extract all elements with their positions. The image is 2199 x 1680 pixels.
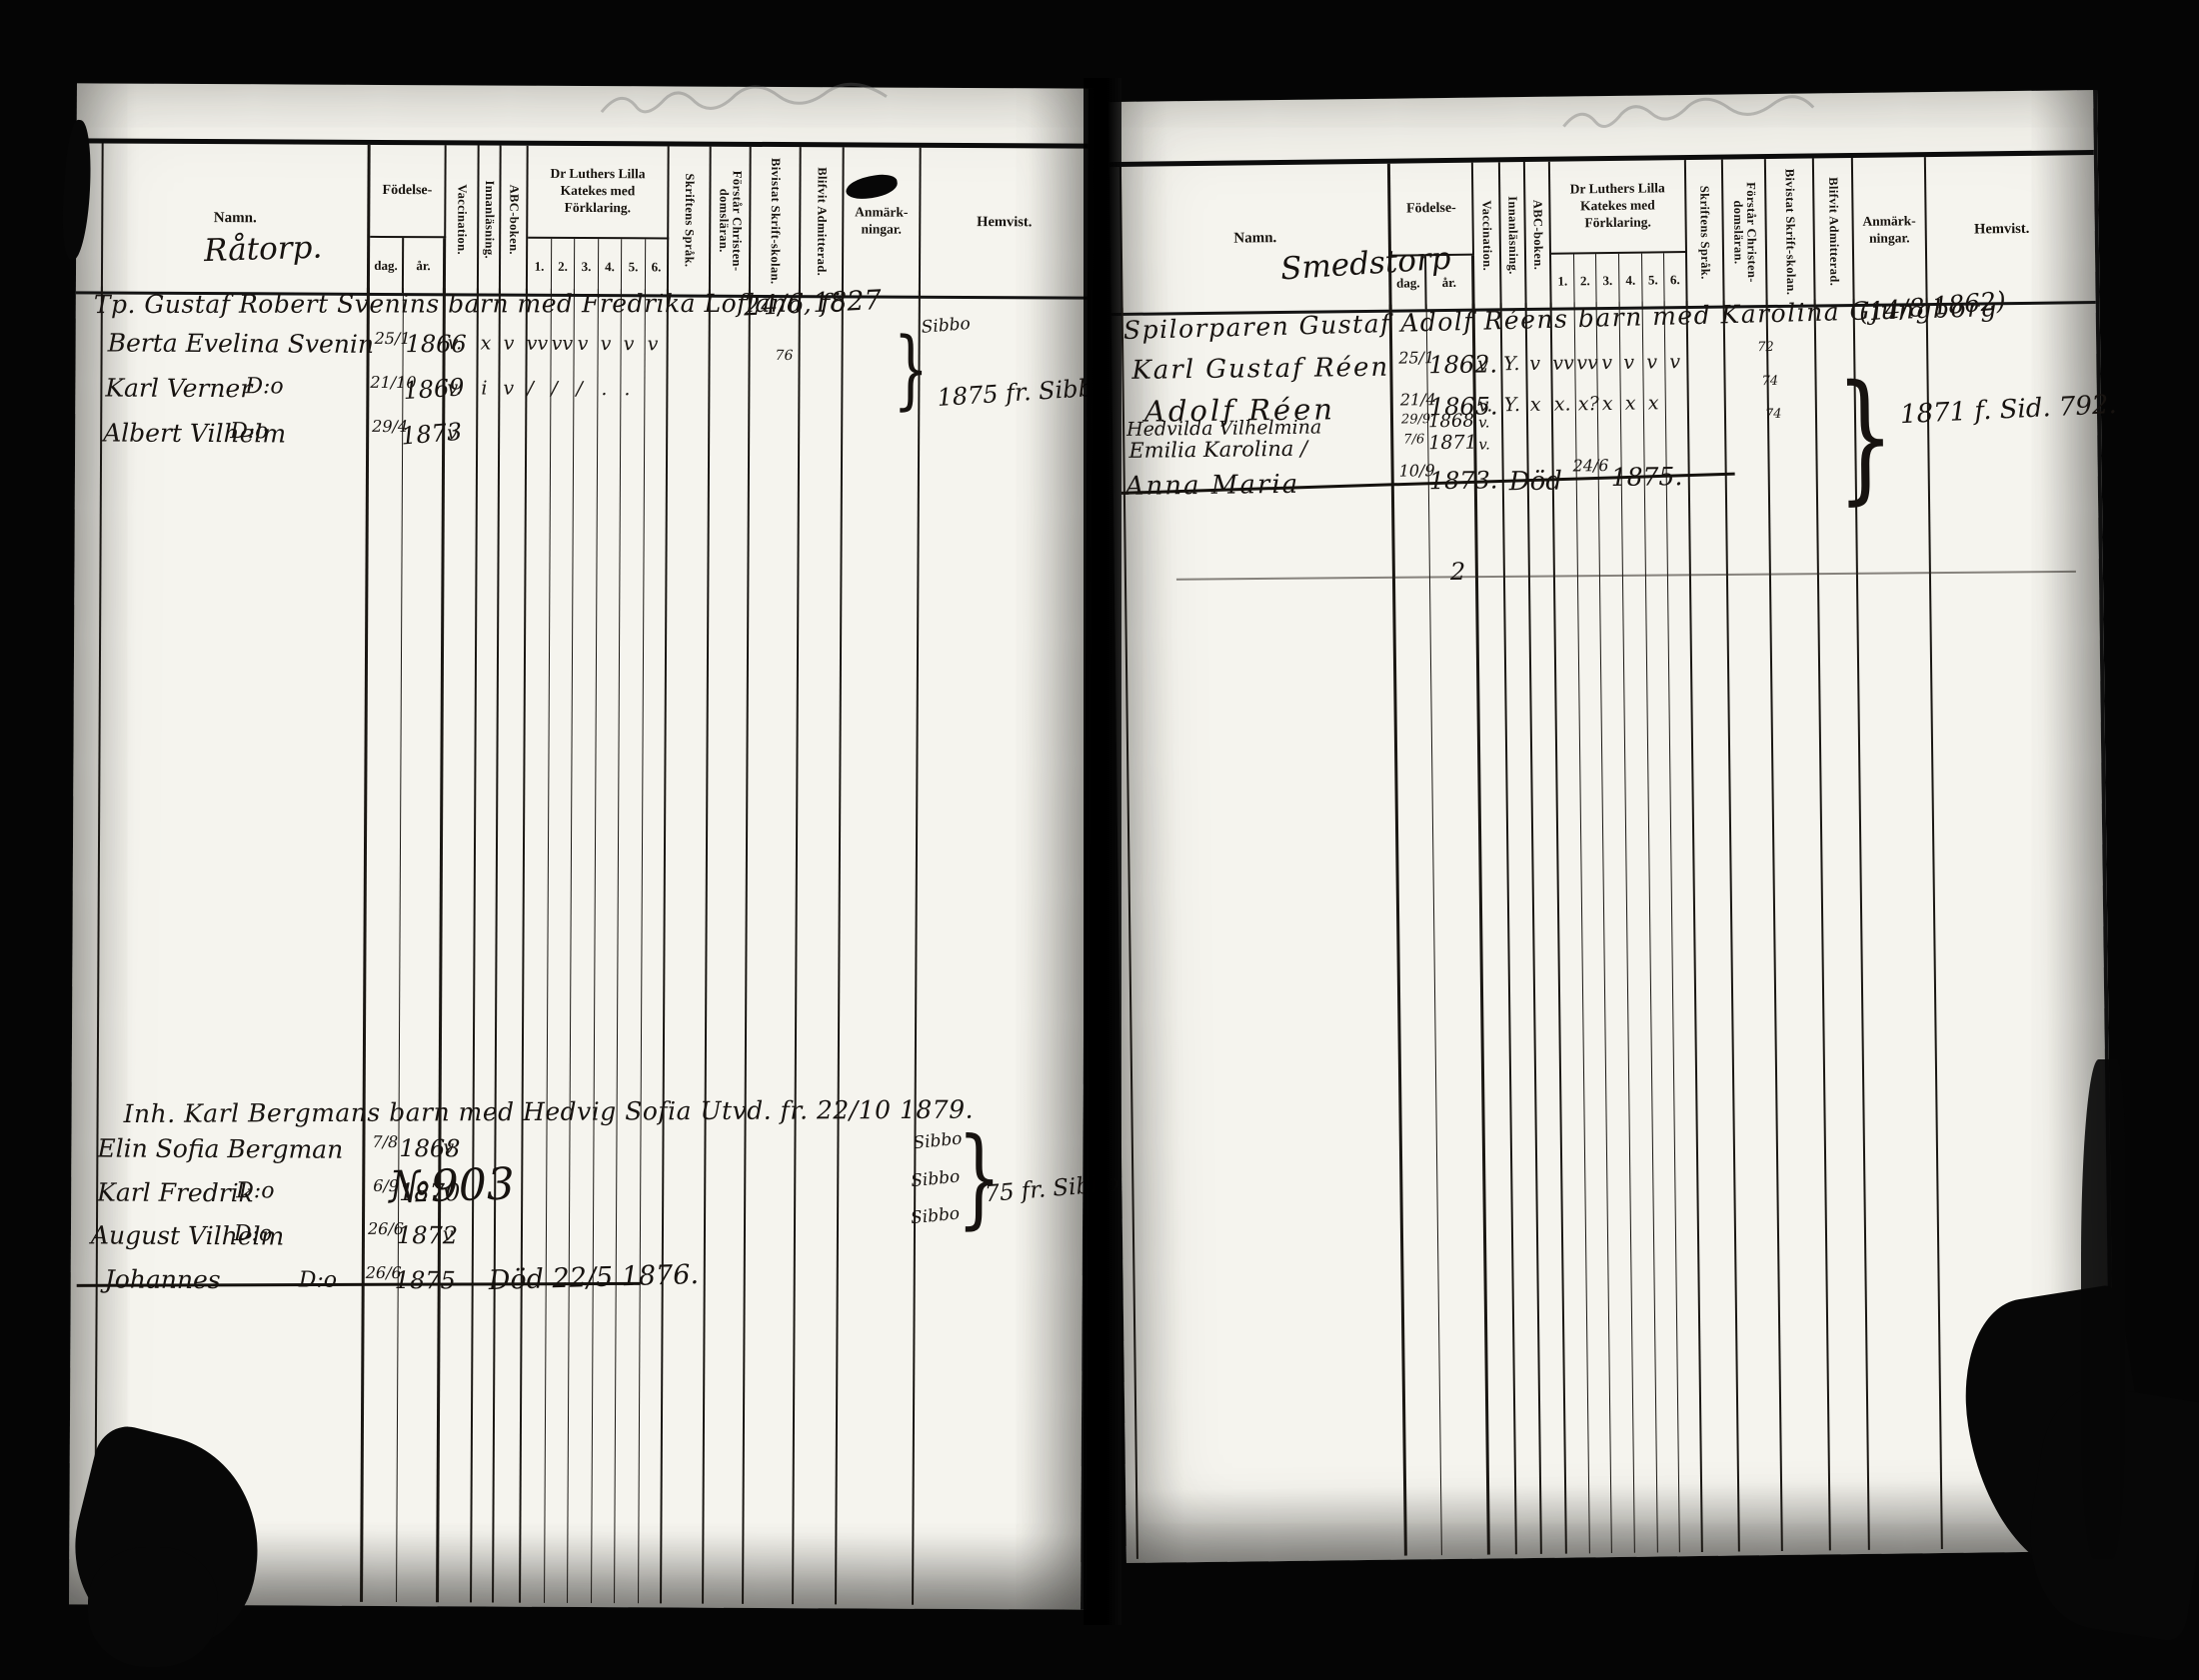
col-blifvit-admitterad: Blifvit Admitterad. [1814, 158, 1855, 304]
record-ditto: D:o [234, 1223, 272, 1245]
mark: . [601, 380, 607, 399]
col-vaccination: Vaccination. [1473, 162, 1502, 308]
mark: v [1646, 353, 1657, 372]
mark: Y. [1504, 396, 1520, 415]
left-page: Namn. Födelse- Vaccination. Innanläsning… [69, 83, 1094, 1609]
margin-mark: 74 [1761, 375, 1778, 388]
brace-mark: } [893, 332, 929, 410]
col-bivistat-skriftskolan: Bivistat Skrift-skolan. [1766, 158, 1816, 305]
col-k1: 1. [1551, 254, 1575, 307]
hemvist-entry: Sibbo [913, 1130, 964, 1152]
death-note: Död 22/5 1876. [488, 1261, 699, 1294]
mark: v [443, 1225, 454, 1244]
right-page: Namn. Födelse- Vaccination. Innanläsning… [1108, 90, 2115, 1563]
mark: x [1530, 396, 1541, 415]
mark: v. [447, 379, 462, 398]
mark: x? [1578, 395, 1599, 414]
col-k4: 4. [599, 239, 622, 294]
mark: v. [1478, 415, 1490, 430]
record-name: Karl Verner [105, 376, 252, 402]
death-date: 24/6 [1572, 458, 1608, 474]
mark: / [551, 380, 558, 399]
col-forstar-christendomslaran: Förstår Christen-domsläran. [711, 147, 752, 295]
mark: v [443, 1138, 454, 1157]
record-year: 1875 [395, 1268, 456, 1292]
col-abc-boken: ABC-boken. [501, 146, 529, 294]
brace-mark: } [957, 1129, 1002, 1226]
mark: v [624, 335, 635, 354]
mark: v [1601, 354, 1612, 373]
scan-artifact [2081, 1059, 2125, 1559]
parent-line: Tp. Gustaf Robert Svenins barn med Fredr… [94, 291, 846, 317]
mark: x [1625, 395, 1636, 414]
book-scan: Namn. Födelse- Vaccination. Innanläsning… [0, 0, 2199, 1680]
margin-mark: 72 [1757, 341, 1774, 354]
col-blifvit-admitterad: Blifvit Admitterad. [801, 147, 845, 295]
record-name: Elin Sofia Bergman [97, 1135, 343, 1161]
col-k3: 3. [575, 239, 599, 294]
col-k5: 5. [1642, 253, 1665, 306]
number-note: №903 [389, 1162, 516, 1210]
mark: x [1648, 394, 1659, 413]
record-day: 29/9 [1401, 413, 1430, 426]
brace-mark: } [1835, 375, 1894, 502]
mark: v [578, 335, 589, 354]
col-dag: dag. [370, 238, 404, 293]
col-k2: 2. [1574, 254, 1597, 307]
mark: / [576, 380, 583, 399]
mark: x. [1554, 395, 1571, 414]
col-k5: 5. [622, 239, 646, 294]
col-k6: 6. [646, 239, 669, 294]
stray-mark: 2 [1450, 560, 1466, 584]
margin-mark: 74 [1765, 408, 1782, 421]
hemvist-entry: Sibbo [910, 1205, 961, 1227]
mark: vv [527, 335, 549, 354]
mark: v [504, 335, 515, 354]
record-year: 1868 [1428, 413, 1474, 432]
mark: v [1477, 355, 1488, 374]
col-katekes: Dr Luthers Lilla Katekes med Förklaring. [528, 146, 669, 240]
record-ditto: D:o [299, 1270, 337, 1292]
mark: v. [448, 334, 463, 353]
col-innanlasning: Innanläsning. [479, 145, 502, 293]
col-k1: 1. [528, 239, 552, 294]
col-hemvist: Hemvist. [1926, 155, 2078, 303]
mark: v [503, 380, 514, 399]
mark: v [1529, 355, 1540, 374]
mark: v [447, 424, 458, 443]
mark: v. [1478, 437, 1490, 452]
col-abc-boken: ABC-boken. [1525, 162, 1552, 308]
col-ar: år. [404, 238, 446, 293]
village-name: Råtorp. [204, 233, 323, 267]
left-entries: Råtorp. Tp. Gustaf Robert Svenins barn m… [77, 83, 1089, 88]
col-fodelse: Födelse- [370, 145, 446, 238]
mark: x [1602, 395, 1613, 414]
record-ditto: D:o [230, 421, 268, 443]
col-namn: Namn. [1121, 164, 1392, 313]
record-name: Berta Evelina Svenin [108, 331, 375, 357]
mark: v [1623, 354, 1634, 373]
col-namn: Namn. [103, 143, 371, 292]
record-name-struck: Anna Maria [1125, 472, 1300, 500]
mark: x [481, 334, 492, 353]
col-vaccination: Vaccination. [446, 145, 480, 293]
mark: Y. [1503, 355, 1519, 374]
small-mark: 76 [776, 349, 794, 363]
mark: vv [1552, 354, 1574, 373]
record-day: 7/6 [1403, 433, 1424, 446]
record-name: Emilia Karolina / [1128, 439, 1307, 462]
col-innanlasning: Innanläsning. [1500, 162, 1527, 308]
col-k4: 4. [1619, 254, 1643, 307]
col-katekes: Dr Luthers Lilla Katekes med Förklaring. [1550, 160, 1687, 255]
record-day: 7/8 [372, 1134, 398, 1150]
record-name: Karl Fredrik [97, 1179, 254, 1205]
mark: v [601, 335, 612, 354]
col-k3: 3. [1596, 254, 1620, 307]
col-anmarkningar: Anmärk-ningar. [1853, 157, 1928, 304]
parent-line: Inh. Karl Bergmans barn med Hedvig Sofia… [124, 1097, 975, 1126]
scan-artifact [88, 1547, 218, 1667]
parent-date: 24/6 1827 [743, 287, 882, 320]
col-skriftens-sprak: Skriftens Språk. [1686, 160, 1725, 306]
record-ditto: D:o [236, 1180, 274, 1202]
col-anmarkningar: Anmärk-ningar. [844, 147, 922, 295]
mark: / [527, 380, 534, 399]
book-binding [1084, 78, 1121, 1625]
record-year: 1871 [1428, 434, 1477, 454]
col-k6: 6. [1664, 253, 1688, 306]
col-bivistat-skriftskolan: Bivistat Skrift-skolan. [751, 147, 802, 295]
faded-inscription [1558, 85, 1819, 138]
mark: v [1669, 353, 1680, 372]
mark: vv [1576, 354, 1598, 373]
col-k2: 2. [552, 239, 575, 294]
mark: v [648, 335, 659, 354]
record-name-struck: Johannes [105, 1267, 221, 1293]
faded-inscription [597, 72, 927, 124]
mark: vv [552, 335, 574, 354]
mark: . [624, 380, 630, 399]
left-table-rules [69, 286, 1088, 1605]
record-name: Karl Gustaf Réen [1131, 355, 1389, 384]
col-hemvist: Hemvist. [921, 148, 1089, 297]
left-table-header: Namn. Födelse- Vaccination. Innanläsning… [76, 138, 1089, 299]
mark: i [481, 379, 487, 398]
col-forstar-christendomslaran: Förstår Christen-domsläran. [1723, 159, 1768, 306]
record-ditto: D:o [245, 376, 283, 398]
col-skriftens-sprak: Skriftens Språk. [669, 146, 712, 294]
hemvist-entry: Sibbo [911, 1168, 962, 1190]
